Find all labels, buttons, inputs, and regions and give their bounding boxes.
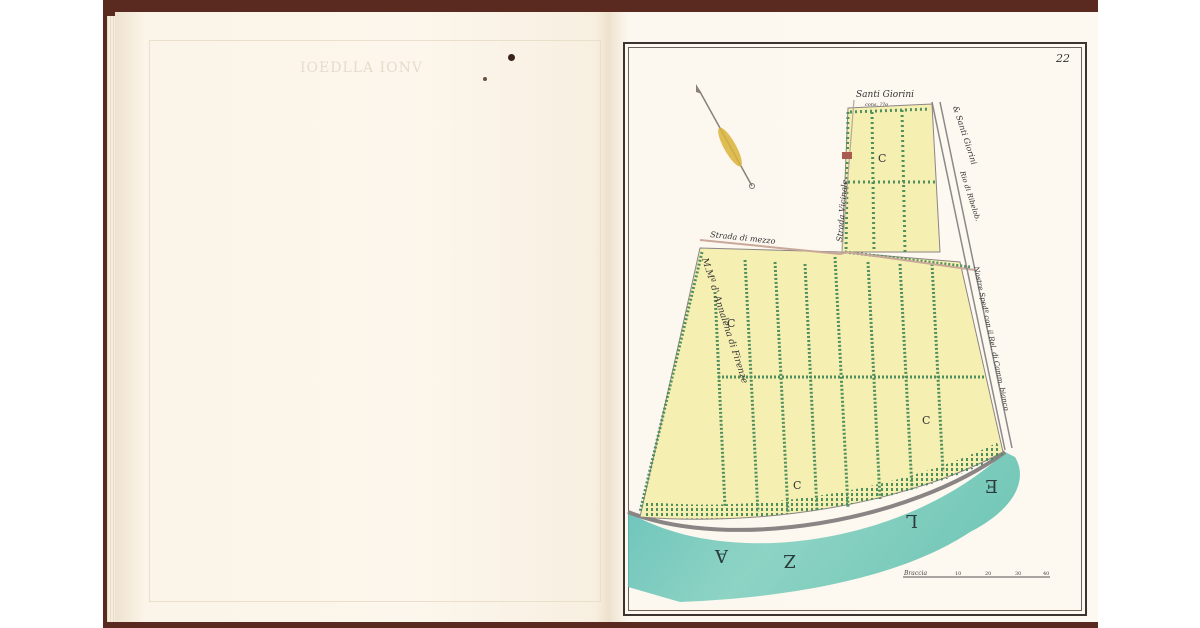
- svg-text:Rio di Ribelob.: Rio di Ribelob.: [958, 169, 982, 222]
- left-page: IOEDLLA IONV: [115, 12, 615, 622]
- ink-spot: [508, 54, 515, 61]
- show-through-text: IOEDLLA IONV: [300, 60, 423, 76]
- svg-text:C: C: [878, 152, 886, 165]
- svg-text:L: L: [906, 510, 918, 531]
- svg-text:10: 10: [955, 571, 961, 577]
- left-page-frame: [149, 40, 601, 602]
- svg-text:Braccia: Braccia: [903, 570, 927, 577]
- book-binding: IOEDLLA IONV 22: [103, 0, 1098, 628]
- estate-map: C C C C Santi Giorini cons. ??o Strada V…: [610, 12, 1098, 622]
- upper-estate: [842, 104, 940, 252]
- svg-text:40: 40: [1043, 571, 1049, 577]
- svg-text:A: A: [714, 545, 729, 566]
- svg-text:& Santi Giorini: & Santi Giorini: [951, 105, 979, 166]
- scale-bar: Braccia 10 20 30 40: [903, 570, 1050, 577]
- svg-text:Santi Giorini: Santi Giorini: [856, 90, 914, 100]
- svg-text:20: 20: [985, 571, 991, 577]
- ink-spot: [483, 77, 487, 81]
- svg-text:E: E: [985, 475, 998, 496]
- svg-text:Z: Z: [783, 550, 796, 571]
- svg-text:C: C: [793, 479, 801, 492]
- right-page: 22: [610, 12, 1098, 622]
- svg-text:cons. ??o: cons. ??o: [865, 102, 888, 108]
- farmhouse-icon: [842, 152, 852, 159]
- north-arrow-icon: [696, 84, 755, 189]
- svg-text:C: C: [922, 414, 930, 427]
- svg-text:30: 30: [1015, 571, 1021, 577]
